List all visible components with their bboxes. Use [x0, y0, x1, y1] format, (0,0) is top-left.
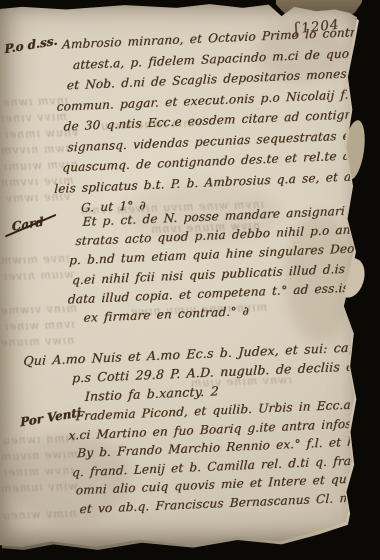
paragraph: P.o d.ss.Ambrosio minrano, et Octavio Pr…	[0, 22, 375, 222]
paragraph: Por VentiFrademia Picond, et quilib. Urb…	[15, 394, 380, 521]
margin-annotation: Card	[11, 214, 43, 233]
paragraph: CardEt p. ct. de N. posse mandare ansign…	[7, 201, 380, 332]
manuscript-photo: ınvm ıwnemıvv vıneıvnuw ımneııwm nıvvmnı…	[0, 0, 380, 560]
margin-annotation: P.o d.ss.	[4, 33, 58, 56]
manuscript-page: ınvm ıwnemıvv vıneıvnuw ımneııwm nıvvmnı…	[0, 3, 368, 549]
manuscript-text: P.o d.ss.Ambrosio minrano, et Octavio Pr…	[0, 0, 380, 551]
